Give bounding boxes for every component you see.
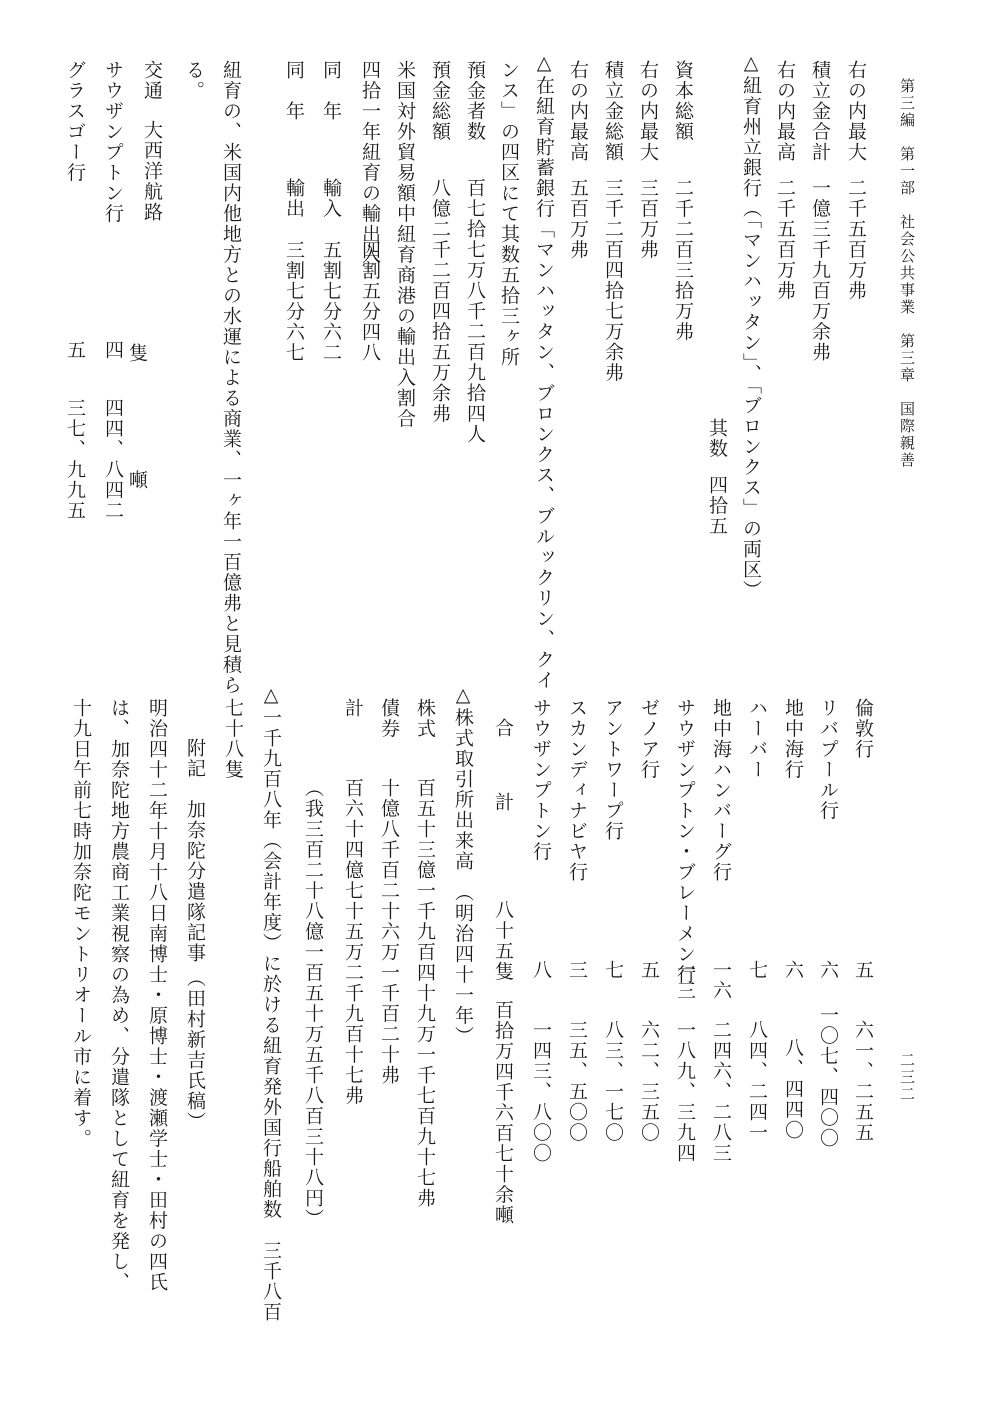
route-label: 地中海ハンバーグ行 (708, 698, 735, 883)
label: 同 年 (318, 60, 345, 122)
label: 右の内最大 (635, 60, 662, 163)
section-heading: △在紐育貯蓄銀行「マンハッタン、ブロンクス、ブルックリン、クイ (531, 52, 558, 691)
tons: 三五、五〇〇 (564, 1020, 591, 1143)
value: 大西洋航路 (139, 120, 166, 223)
tons: 八、四四〇 (780, 1038, 807, 1141)
ships: 一六 (708, 960, 735, 1001)
ships: 四 (100, 340, 127, 361)
tons: 一〇七、四〇〇 (815, 1005, 842, 1149)
ships: 六 (780, 960, 807, 981)
label: 預金総額 (427, 60, 454, 142)
value: 三割七分六七 (281, 240, 308, 363)
label: 計 (340, 698, 367, 719)
route-label: 地中海行 (780, 698, 807, 780)
label: 預金者数 (462, 60, 489, 142)
route-label: サウザンプトン行 (100, 60, 127, 224)
ships: 七 (600, 960, 627, 981)
label: 交通 (139, 60, 166, 101)
sub-label: 輸入 (318, 178, 345, 219)
value: 百七拾七万八千二百九拾四人 (462, 178, 489, 445)
value: 百五十三億一千九百四十九万一千七百九十七弗 (412, 778, 439, 1209)
value: 四割五分四八 (357, 240, 384, 363)
label: 債券 (376, 698, 403, 739)
page-number: 二三二 (894, 1052, 920, 1103)
ships: 三 (564, 960, 591, 981)
label: 資本総額 (670, 60, 697, 142)
route-label: スカンディナビヤ行 (564, 698, 591, 883)
label: 株式 (412, 698, 439, 739)
value: 五百万弗 (565, 178, 592, 260)
route-label: サウザンプトン行 (528, 698, 555, 862)
value: 三千二百四拾七万余弗 (600, 178, 627, 383)
section-heading: △株式取引所出来高 （明治四十一年） (450, 684, 477, 1047)
value: 二千五百万弗 (843, 178, 870, 301)
sub-label: 輸出 (281, 178, 308, 219)
ships: 五 (636, 960, 663, 981)
total-label: 合 計 (490, 718, 517, 829)
text-line: ンス」の四区にて其数五拾三ヶ所 (496, 60, 523, 368)
yen-note: （我三百二十八億一百五十万五千八百三十八円） (300, 778, 327, 1229)
route-label: 倫敦行 (850, 698, 877, 760)
value: 八億二千二百四拾五万余弗 (427, 178, 454, 424)
value: 三百万弗 (635, 178, 662, 260)
value: 五割七分六二 (318, 240, 345, 363)
value: 十億八千百二十六万一千百二十弗 (376, 778, 403, 1086)
ships-unit: 隻 (124, 343, 151, 364)
ships: 七 (744, 960, 771, 981)
count-value: 四拾五 (704, 475, 731, 537)
tons: 八四、二四一 (744, 1020, 771, 1143)
section-heading: △一千九百八年（会計年度）に於ける紐育発外国行船舶数 三千八百 (258, 684, 285, 1323)
route-label: ゼノア行 (636, 698, 663, 780)
label: 同 年 (281, 60, 308, 122)
value: 百六十四億七十五万二千九百十七弗 (340, 778, 367, 1106)
running-title: 第三編 第一部 社会公共事業 第三章 国際親善 (894, 78, 920, 469)
tons: 一八九、三九四 (672, 1020, 699, 1164)
tons: 二四六、二八三 (708, 1020, 735, 1164)
label: 右の内最高 (772, 60, 799, 163)
paragraph-line: は、加奈陀地方農商工業視察の為め、分遣隊として紐育を発し、 (106, 698, 133, 1293)
value: 二千二百三拾万弗 (670, 178, 697, 342)
section-heading: △紐育州立銀行（「マンハッタン」、「ブロンクス」の両区） (738, 52, 765, 601)
paragraph-line: 十九日午前七時加奈陀モントリオール市に着す。 (68, 698, 95, 1149)
route-label: リバプール行 (815, 698, 842, 821)
tons: 一四三、八〇〇 (528, 1020, 555, 1164)
count-label: 其数 (704, 418, 731, 459)
label: 右の内最高 (565, 60, 592, 163)
text-line: 米国対外貿易額中紐育商港の輸出入割合 (392, 60, 419, 429)
route-label: グラスゴー行 (62, 60, 89, 183)
value: 一億三千九百万余弗 (807, 178, 834, 363)
label: 積立金総額 (600, 60, 627, 163)
tons: 六二、三五〇 (636, 1020, 663, 1143)
label: 積立金合計 (807, 60, 834, 163)
appendix-title: 附記 加奈陀分遣隊記事 (182, 738, 209, 964)
tons: 三七、九九五 (62, 398, 89, 521)
tons: 四四、八四二 (100, 398, 127, 521)
tons-unit: 噸 (124, 470, 151, 491)
text-line: 七十八隻 (220, 698, 247, 780)
total-tons: 百拾万四千六百七十余噸 (490, 1000, 517, 1226)
ships: 五 (850, 960, 877, 981)
value: 二千五百万弗 (772, 178, 799, 301)
route-label: サウザンプトン・ブレーメン行 (672, 698, 699, 985)
route-label: アントワープ行 (600, 698, 627, 842)
total-ships: 八十五隻 (490, 900, 517, 982)
tons: 八三、一七〇 (600, 1020, 627, 1143)
appendix-author: （田村新吉氏稿） (182, 968, 209, 1132)
tons: 六一、二五五 (850, 1020, 877, 1143)
text-line: 紐育の、米国内他地方との水運による商業、一ヶ年一百億弗と見積ら (218, 60, 245, 696)
label: 四拾一年紐育の輸出入 (357, 60, 384, 265)
route-label: ハーバー (744, 698, 771, 780)
label: 右の内最大 (843, 60, 870, 163)
ships: 五 (62, 340, 89, 361)
text-line: る。 (181, 60, 208, 101)
ships: 六 (815, 960, 842, 981)
ships: 一三 (672, 960, 699, 1001)
paragraph-line: 明治四十二年十月十八日南博士・原博士・渡瀬学士・田村の四氏 (144, 698, 171, 1293)
ships: 八 (528, 960, 555, 981)
